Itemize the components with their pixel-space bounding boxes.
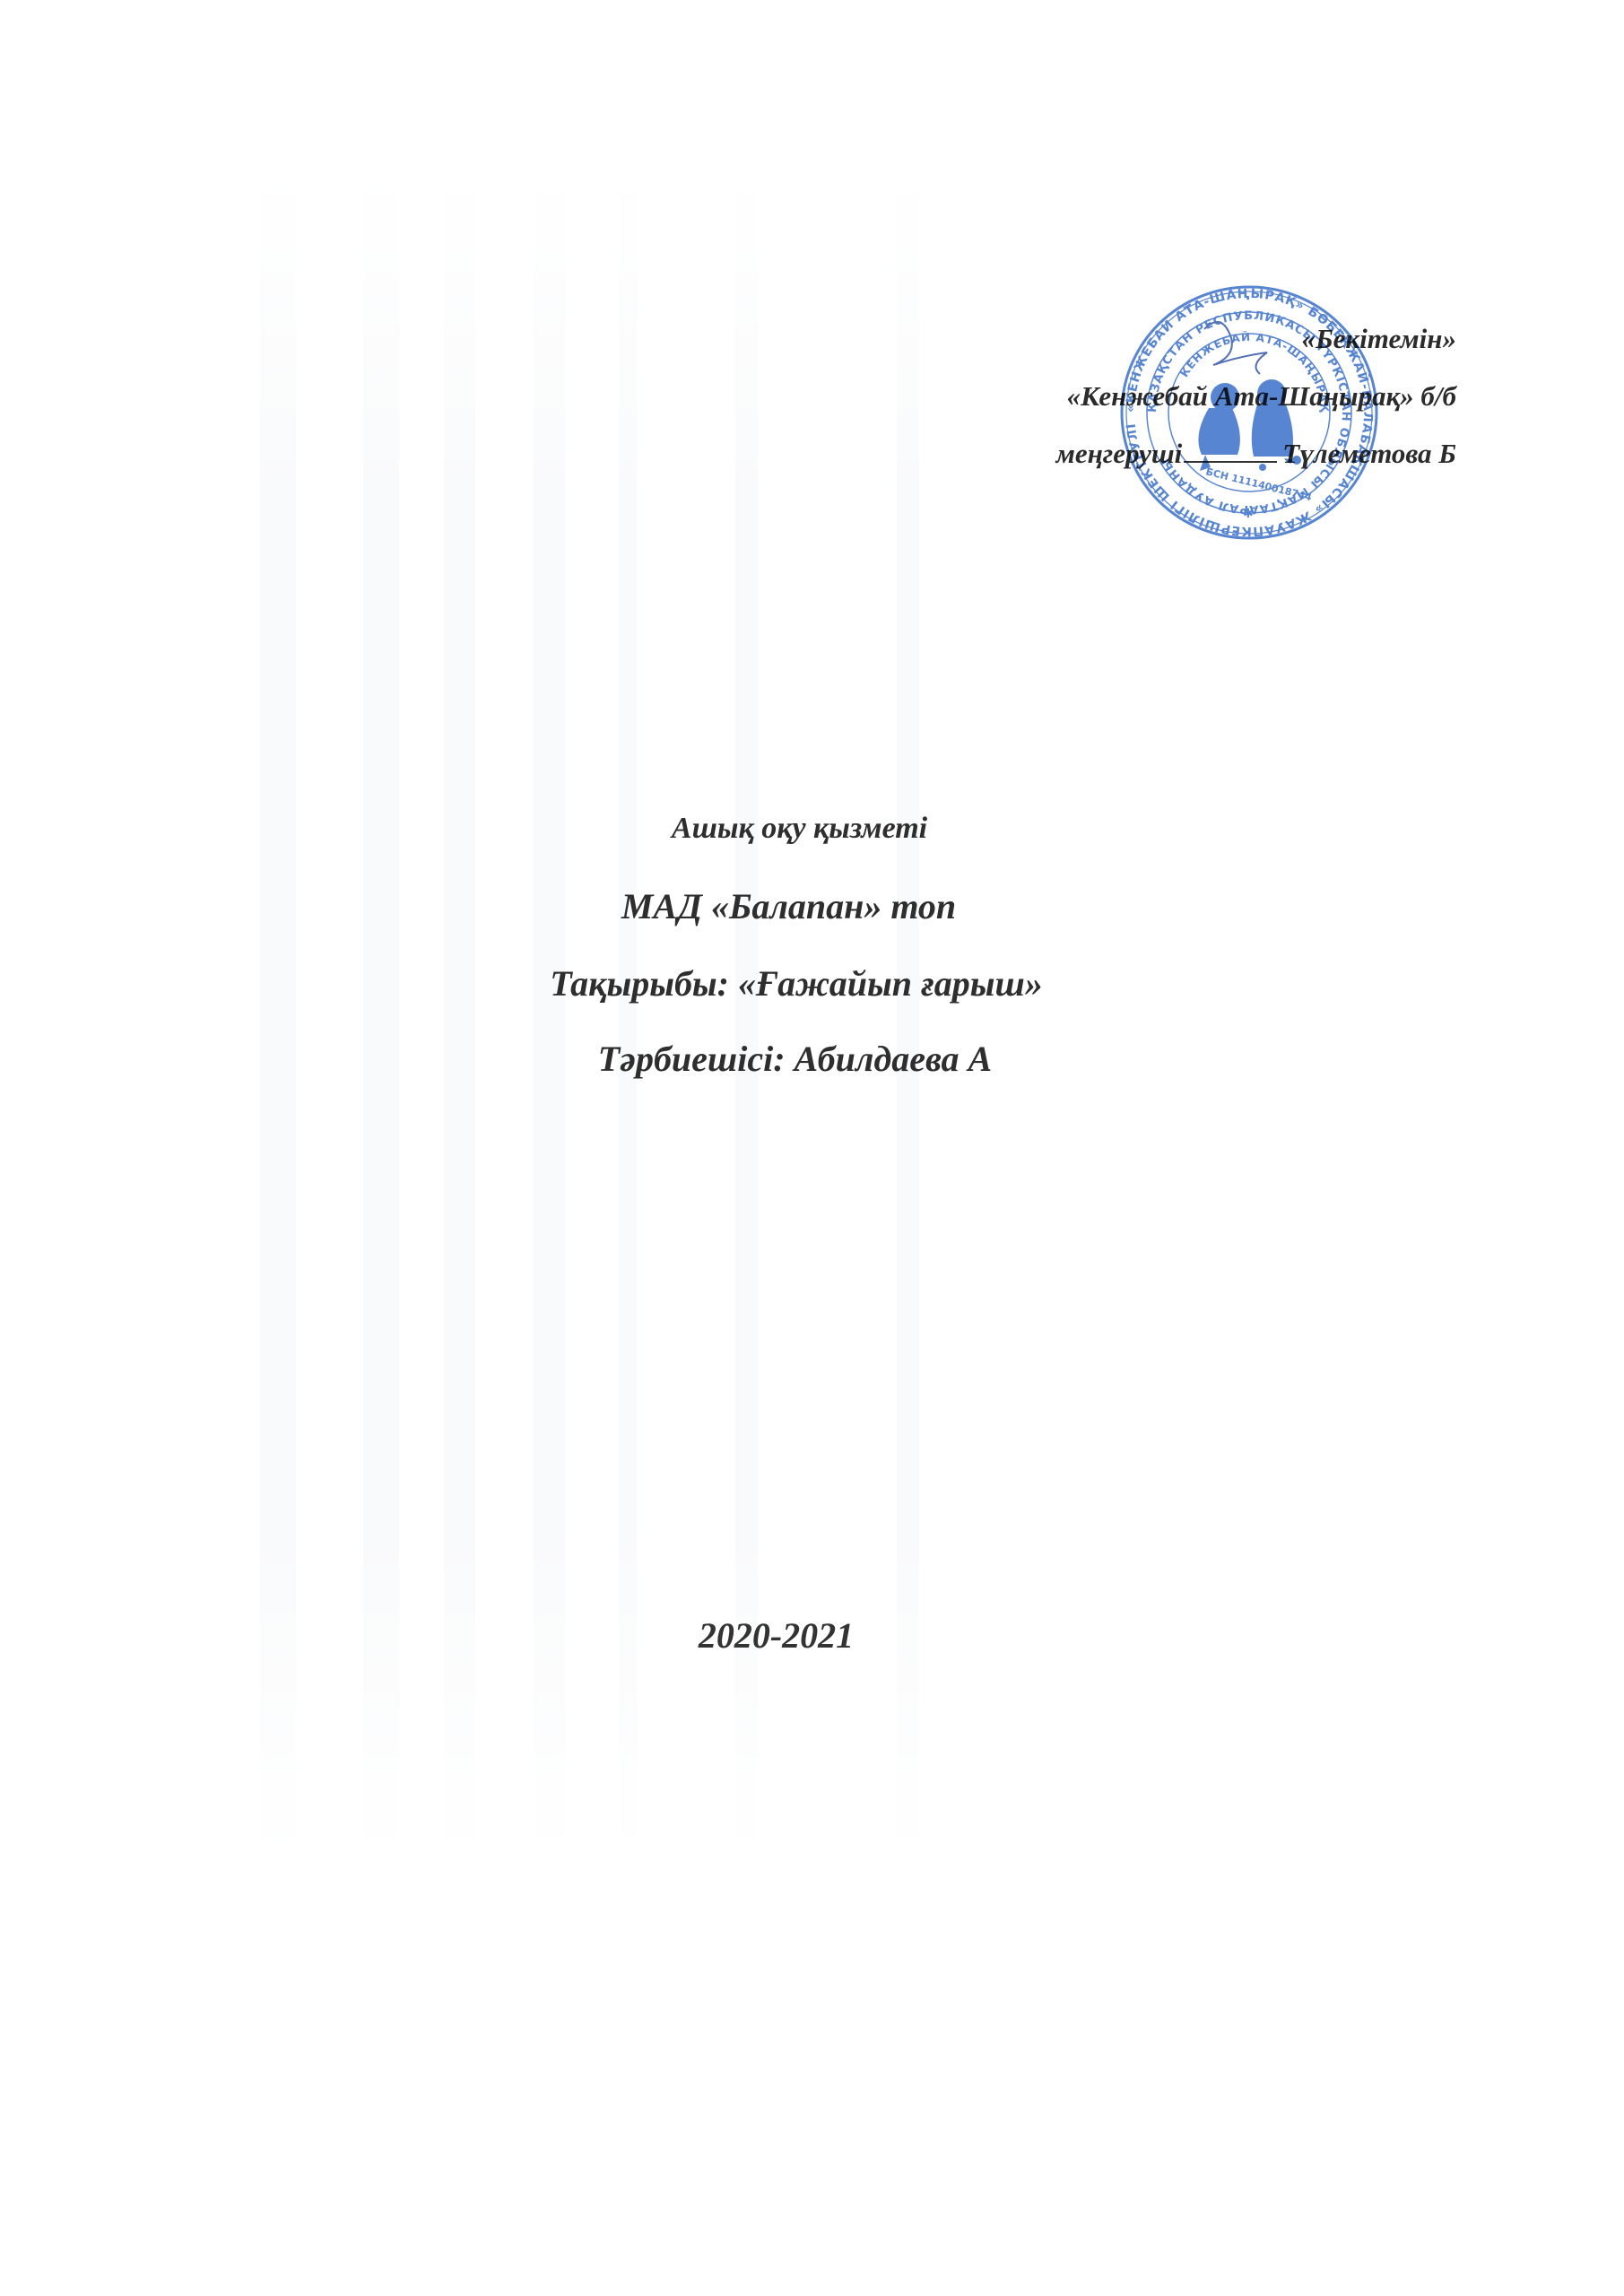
- scan-artifact: [363, 161, 399, 1865]
- svg-text:✱: ✱: [1243, 507, 1254, 521]
- svg-text:БСН 111140018744: БСН 111140018744: [1204, 465, 1313, 503]
- official-stamp: «КЕНЖЕБАЙ АТА-ШАҢЫРАҚ» БӨБЕКЖАЙ-БАЛАБАҚШ…: [1119, 283, 1379, 543]
- scan-artifact: [735, 161, 758, 1865]
- title-line-group: МАД «Балапан» топ: [0, 885, 1624, 927]
- title-line-activity: Ашық оқу қызметі: [0, 812, 1624, 846]
- academic-year: 2020-2021: [0, 1614, 1624, 1657]
- scan-artifact: [897, 161, 919, 1865]
- scan-artifact: [534, 161, 565, 1865]
- title-line-topic: Тақырыбы: «Ғажайып ғарыш»: [0, 962, 1624, 1004]
- document-page: «КЕНЖЕБАЙ АТА-ШАҢЫРАҚ» БӨБЕКЖАЙ-БАЛАБАҚШ…: [0, 0, 1624, 2296]
- scan-artifact: [260, 161, 296, 1865]
- scan-artifact: [444, 161, 475, 1865]
- scan-artifact: [619, 161, 637, 1865]
- title-line-teacher: Тәрбиешісі: Абилдаева А: [0, 1038, 1624, 1080]
